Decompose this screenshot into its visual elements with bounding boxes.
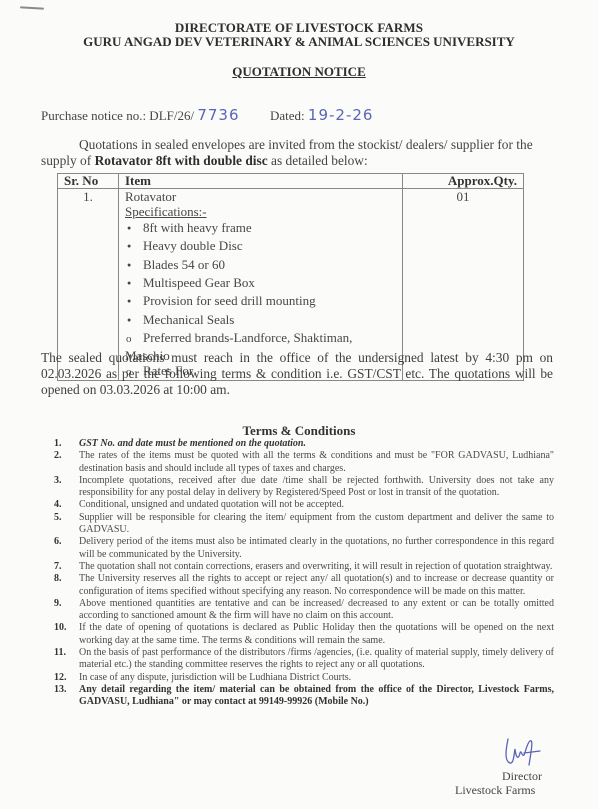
terms-item-text: The rates of the items must be quoted wi… bbox=[79, 450, 554, 473]
purchase-notice-number: Purchase notice no.: DLF/26/ 7736 bbox=[41, 106, 240, 124]
terms-item-number: 2. bbox=[54, 450, 74, 462]
signature-icon bbox=[500, 735, 550, 769]
terms-item: 7.The quotation shall not contain correc… bbox=[54, 561, 554, 573]
column-header-sr-no: Sr. No bbox=[58, 174, 119, 189]
spec-text: Blades 54 or 60 bbox=[143, 257, 225, 272]
spec-item: Blades 54 or 60 bbox=[125, 257, 396, 275]
notice-date: Dated: 19-2-26 bbox=[270, 106, 373, 124]
spec-item: Heavy double Disc bbox=[125, 238, 396, 256]
bullet-circle-icon bbox=[125, 332, 143, 347]
terms-item: 2.The rates of the items must be quoted … bbox=[54, 450, 554, 475]
terms-item-text: If the date of opening of quotations is … bbox=[79, 622, 554, 645]
column-header-qty: Approx.Qty. bbox=[403, 174, 524, 189]
terms-item: 3.Incomplete quotations, received after … bbox=[54, 475, 554, 500]
items-table-header: Sr. No Item Approx.Qty. bbox=[58, 174, 524, 189]
terms-item-text: Any detail regarding the item/ material … bbox=[79, 684, 554, 707]
bullet-disc-icon bbox=[125, 222, 143, 238]
handwritten-date: 19-2-26 bbox=[308, 106, 374, 124]
terms-list: 1.GST No. and date must be mentioned on … bbox=[54, 438, 554, 709]
intro-paragraph: Quotations in sealed envelopes are invit… bbox=[41, 137, 541, 169]
spec-item: 8ft with heavy frame bbox=[125, 220, 396, 238]
terms-item-number: 5. bbox=[54, 512, 74, 524]
signatory-role: Director bbox=[502, 769, 542, 784]
spec-text: 8ft with heavy frame bbox=[143, 220, 252, 235]
terms-item-text: Incomplete quotations, received after du… bbox=[79, 475, 554, 498]
terms-item: 5.Supplier will be responsible for clear… bbox=[54, 512, 554, 537]
terms-heading: Terms & Conditions bbox=[0, 423, 598, 439]
intro-item-name: Rotavator 8ft with double disc bbox=[95, 153, 268, 168]
pen-stroke-mark bbox=[20, 6, 44, 9]
terms-item-number: 12. bbox=[54, 672, 74, 684]
terms-item-number: 13. bbox=[54, 684, 74, 696]
terms-item-number: 11. bbox=[54, 647, 74, 659]
terms-item: 11.On the basis of past performance of t… bbox=[54, 647, 554, 672]
terms-item-text: The quotation shall not contain correcti… bbox=[79, 561, 552, 572]
terms-item-number: 7. bbox=[54, 561, 74, 573]
terms-item-number: 6. bbox=[54, 536, 74, 548]
notice-title: QUOTATION NOTICE bbox=[0, 64, 598, 80]
bullet-disc-icon bbox=[125, 314, 143, 330]
spec-text: Mechanical Seals bbox=[143, 312, 234, 327]
terms-item-number: 8. bbox=[54, 573, 74, 585]
terms-item: 8.The University reserves all the rights… bbox=[54, 573, 554, 598]
terms-item-text: Delivery period of the items must also b… bbox=[79, 536, 554, 559]
item-name: Rotavator bbox=[125, 189, 396, 204]
handwritten-notice-number: 7736 bbox=[197, 106, 239, 124]
spec-text: Heavy double Disc bbox=[143, 238, 243, 253]
terms-item-text: The University reserves all the rights t… bbox=[79, 573, 554, 596]
terms-item-text: On the basis of past performance of the … bbox=[79, 647, 554, 670]
spec-item: Mechanical Seals bbox=[125, 312, 396, 330]
terms-item-text: Above mentioned quantities are tentative… bbox=[79, 598, 554, 621]
university-heading: GURU ANGAD DEV VETERINARY & ANIMAL SCIEN… bbox=[0, 34, 598, 50]
spec-item: Multispeed Gear Box bbox=[125, 275, 396, 293]
terms-item: 1.GST No. and date must be mentioned on … bbox=[54, 438, 554, 450]
specifications-heading: Specifications:- bbox=[125, 204, 396, 219]
spec-item: Provision for seed drill mounting bbox=[125, 293, 396, 311]
terms-item: 12.In case of any dispute, jurisdiction … bbox=[54, 672, 554, 684]
purchase-notice-label: Purchase notice no.: DLF/26/ bbox=[41, 108, 194, 123]
terms-item-text: Conditional, unsigned and undated quotat… bbox=[79, 499, 344, 510]
bullet-disc-icon bbox=[125, 277, 143, 293]
column-header-item: Item bbox=[119, 174, 403, 189]
terms-item-text: GST No. and date must be mentioned on th… bbox=[79, 438, 306, 449]
spec-text: Provision for seed drill mounting bbox=[143, 293, 316, 308]
bullet-disc-icon bbox=[125, 259, 143, 275]
spec-text: Multispeed Gear Box bbox=[143, 275, 255, 290]
terms-item-number: 9. bbox=[54, 598, 74, 610]
terms-item: 4.Conditional, unsigned and undated quot… bbox=[54, 499, 554, 511]
deadline-paragraph: The sealed quotations must reach in the … bbox=[41, 350, 553, 398]
terms-item: 9.Above mentioned quantities are tentati… bbox=[54, 598, 554, 623]
terms-item-number: 1. bbox=[54, 438, 74, 450]
bullet-disc-icon bbox=[125, 240, 143, 256]
quotation-notice-page: DIRECTORATE OF LIVESTOCK FARMS GURU ANGA… bbox=[0, 0, 598, 809]
terms-item-text: In case of any dispute, jurisdiction wil… bbox=[79, 672, 351, 683]
signatory-office: Livestock Farms bbox=[455, 783, 535, 798]
terms-item: 13.Any detail regarding the item/ materi… bbox=[54, 684, 554, 709]
dated-label: Dated: bbox=[270, 108, 305, 123]
terms-item-number: 10. bbox=[54, 622, 74, 634]
terms-item-text: Supplier will be responsible for clearin… bbox=[79, 512, 554, 535]
terms-item: 10.If the date of opening of quotations … bbox=[54, 622, 554, 647]
intro-text-after: as detailed below: bbox=[268, 153, 368, 168]
terms-item-number: 3. bbox=[54, 475, 74, 487]
terms-item: 6.Delivery period of the items must also… bbox=[54, 536, 554, 561]
bullet-disc-icon bbox=[125, 295, 143, 311]
terms-item-number: 4. bbox=[54, 499, 74, 511]
